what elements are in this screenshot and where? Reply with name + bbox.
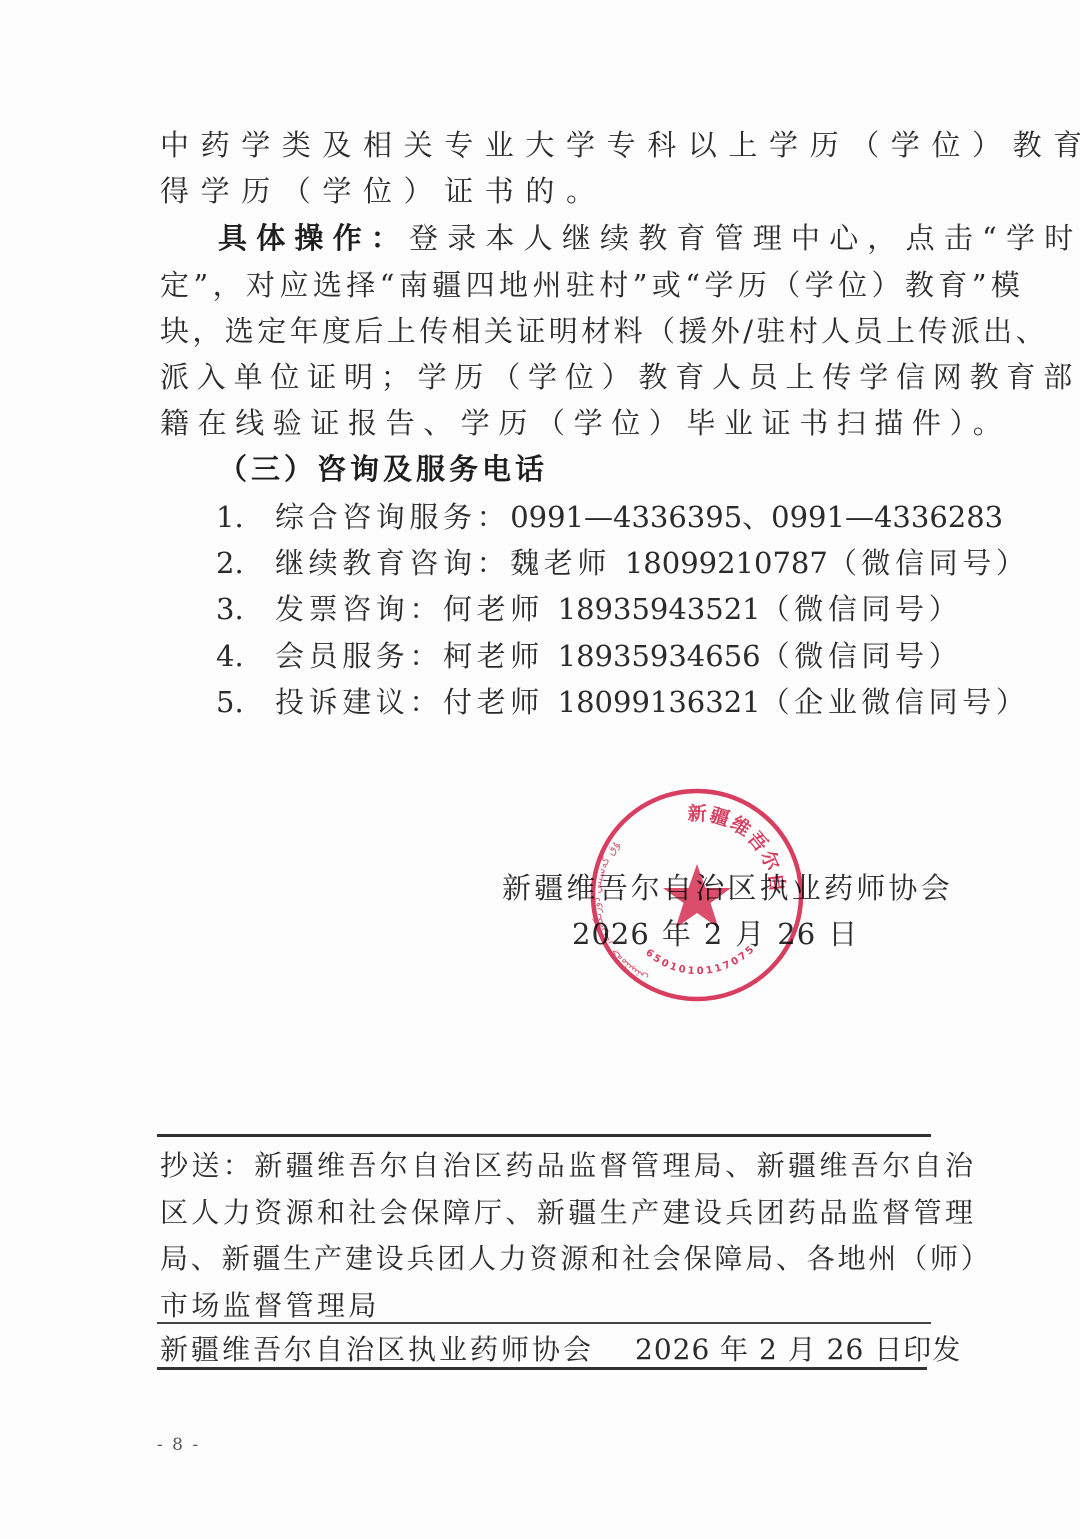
operation-line-4: 派入单位证明；学历（学位）教育人员上传学信网教育部学 <box>160 357 935 397</box>
contact-phone: 18935934656 <box>558 639 761 673</box>
operation-text: 登录本人继续教育管理中心，点击“学时认 <box>409 221 1080 255</box>
operation-line-5: 籍在线验证报告、学历（学位）毕业证书扫描件）。 <box>160 403 935 443</box>
operation-label: 具体操作： <box>218 221 409 255</box>
contact-number: 4. <box>216 636 275 676</box>
contact-person: 付老师 <box>443 685 544 719</box>
contact-note: （微信同号） <box>828 546 1030 580</box>
contact-phone: 0991—4336395、0991—4336283 <box>510 500 1003 534</box>
contact-item-5: 5.投诉建议：付老师 18099136321（企业微信同号） <box>216 682 1029 722</box>
contact-phone: 18935943521 <box>558 592 761 626</box>
cc-middle-rule <box>157 1322 931 1324</box>
body-line-2: 得学历（学位）证书的。 <box>160 171 935 211</box>
signature-date: 2026年2月26日 <box>572 914 858 954</box>
body-line-1: 中药学类及相关专业大学专科以上学历（学位）教育，并取 <box>160 125 935 165</box>
contact-label: 会员服务： <box>275 639 443 673</box>
document-page: 中药学类及相关专业大学专科以上学历（学位）教育，并取 得学历（学位）证书的。 具… <box>0 0 1080 1539</box>
cc-block: 抄送：新疆维吾尔自治区药品监督管理局、新疆维吾尔自治 区人力资源和社会保障厅、新… <box>160 1143 935 1329</box>
signature-month-unit: 月 <box>735 917 765 951</box>
signature-year: 2026 <box>572 917 650 951</box>
operation-line-3: 块，选定年度后上传相关证明材料（援外/驻村人员上传派出、 <box>160 311 935 351</box>
cc-bottom-rule <box>157 1367 927 1370</box>
contact-note: （微信同号） <box>761 592 963 626</box>
contact-number: 1. <box>216 497 275 537</box>
contact-item-2: 2.继续教育咨询：魏老师 18099210787（微信同号） <box>216 543 1029 583</box>
contact-person: 何老师 <box>443 592 544 626</box>
operation-line-2: 定”，对应选择“南疆四地州驻村”或“学历（学位）教育”模 <box>160 265 935 305</box>
signature-year-unit: 年 <box>662 917 692 951</box>
issue-date: 2026 年 2 月 26 日印发 <box>635 1332 961 1368</box>
contact-label: 综合咨询服务： <box>275 500 510 534</box>
contact-note: （微信同号） <box>761 639 963 673</box>
issuer-organization: 新疆维吾尔自治区执业药师协会 <box>160 1333 594 1366</box>
signature-day-unit: 日 <box>828 917 858 951</box>
contact-number: 3. <box>216 589 275 629</box>
contact-person: 柯老师 <box>443 639 544 673</box>
cc-line-2: 区人力资源和社会保障厅、新疆生产建设兵团药品监督管理 <box>160 1190 935 1237</box>
contact-person: 魏老师 <box>510 546 611 580</box>
signature-day: 26 <box>777 917 816 951</box>
cc-line-1: 抄送：新疆维吾尔自治区药品监督管理局、新疆维吾尔自治 <box>160 1143 935 1190</box>
contact-phone: 18099136321 <box>558 685 761 719</box>
contact-item-3: 3.发票咨询：何老师 18935943521（微信同号） <box>216 589 962 629</box>
cc-top-rule <box>157 1134 931 1137</box>
signature-organization: 新疆维吾尔自治区执业药师协会 <box>502 868 953 908</box>
contact-label: 投诉建议： <box>275 685 443 719</box>
contact-label: 继续教育咨询： <box>275 546 510 580</box>
section-heading: （三）咨询及服务电话 <box>218 449 548 489</box>
issuer-row: 新疆维吾尔自治区执业药师协会 2026 年 2 月 26 日印发 <box>160 1332 930 1368</box>
page-number: - 8 - <box>157 1435 200 1455</box>
operation-line-1: 具体操作：登录本人继续教育管理中心，点击“学时认 <box>218 218 935 258</box>
contact-number: 5. <box>216 682 275 722</box>
contact-item-4: 4.会员服务：柯老师 18935934656（微信同号） <box>216 636 962 676</box>
contact-phone: 18099210787 <box>625 546 828 580</box>
contact-note: （企业微信同号） <box>761 685 1030 719</box>
contact-label: 发票咨询： <box>275 592 443 626</box>
cc-line-3: 局、新疆生产建设兵团人力资源和社会保障局、各地州（师） <box>160 1236 935 1283</box>
contact-item-1: 1.综合咨询服务：0991—4336395、0991—4336283 <box>216 497 1003 537</box>
contact-number: 2. <box>216 543 275 583</box>
signature-month: 2 <box>704 917 723 951</box>
